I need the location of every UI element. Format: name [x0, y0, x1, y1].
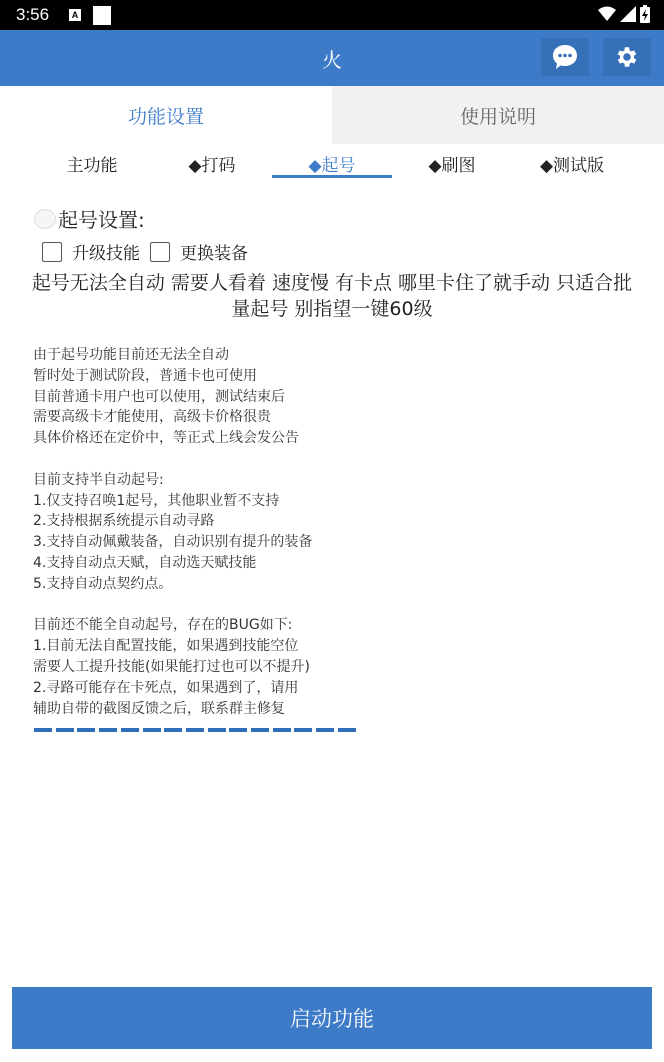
subtab-captcha[interactable]: ◆打码: [152, 146, 272, 180]
subtab-main[interactable]: 主功能: [32, 146, 152, 180]
note-line: [33, 449, 433, 470]
status-time: 3:56: [16, 5, 49, 25]
note-line: 需要人工提升技能(如果能打过也可以不提升): [33, 657, 433, 678]
warning-text: 起号无法全自动 需要人看着 速度慢 有卡点 哪里卡住了就手动 只适合批量起号 别…: [30, 270, 634, 322]
options-row: 升级技能 更换装备: [42, 239, 258, 264]
chat-bubble-icon: [551, 43, 579, 71]
section-header: 起号设置:: [34, 204, 145, 233]
app-bar: 火: [0, 30, 664, 86]
status-bar: 3:56 A: [0, 0, 664, 30]
tab-function-settings[interactable]: 功能设置: [0, 86, 332, 144]
note-line: 2.寻路可能存在卡死点，如果遇到了，请用: [33, 678, 433, 699]
note-line: 1.目前无法自配置技能，如果遇到技能空位: [33, 636, 433, 657]
gear-icon: [614, 44, 640, 70]
tab-instructions[interactable]: 使用说明: [332, 86, 664, 144]
sub-tabs: 主功能 ◆打码 ◆起号 ◆刷图 ◆测试版: [32, 146, 640, 180]
upgrade-skill-label[interactable]: 升级技能: [72, 239, 140, 264]
note-line: 具体价格还在定价中，等正式上线会发公告: [33, 428, 433, 449]
subtab-leveling[interactable]: ◆起号: [272, 146, 392, 180]
note-line: 目前还不能全自动起号，存在的BUG如下:: [33, 615, 433, 636]
change-equipment-label[interactable]: 更换装备: [180, 239, 248, 264]
notification-square-icon: [93, 6, 111, 25]
change-equipment-checkbox[interactable]: [150, 242, 170, 262]
notification-icon: A: [69, 9, 81, 21]
note-line: 3.支持自动佩戴装备，自动识别有提升的装备: [33, 532, 433, 553]
note-line: 4.支持自动点天赋，自动选天赋技能: [33, 553, 433, 574]
start-function-button[interactable]: 启动功能: [12, 987, 652, 1049]
subtab-dungeon[interactable]: ◆刷图: [392, 146, 512, 180]
note-line: 由于起号功能目前还无法全自动: [33, 345, 433, 366]
note-line: [33, 595, 433, 616]
top-tabs: 功能设置 使用说明: [0, 86, 664, 144]
note-line: 需要高级卡才能使用，高级卡价格很贵: [33, 407, 433, 428]
status-icons: [598, 5, 650, 23]
note-line: 1.仅支持召唤1起号，其他职业暂不支持: [33, 491, 433, 512]
speech-bubble-icon: [34, 209, 56, 229]
dashed-divider: [34, 728, 356, 732]
battery-icon: [640, 5, 650, 23]
subtab-beta[interactable]: ◆测试版: [512, 146, 632, 180]
section-title: 起号设置:: [58, 204, 145, 233]
notes-block: 由于起号功能目前还无法全自动 暂时处于测试阶段，普通卡也可使用 目前普通卡用户也…: [33, 345, 433, 719]
note-line: 目前支持半自动起号:: [33, 470, 433, 491]
note-line: 2.支持根据系统提示自动寻路: [33, 511, 433, 532]
note-line: 目前普通卡用户也可以使用，测试结束后: [33, 387, 433, 408]
note-line: 辅助自带的截图反馈之后，联系群主修复: [33, 699, 433, 720]
chat-button[interactable]: [541, 38, 589, 76]
upgrade-skill-checkbox[interactable]: [42, 242, 62, 262]
wifi-icon: [598, 6, 616, 22]
settings-button[interactable]: [603, 38, 651, 76]
note-line: 5.支持自动点契约点。: [33, 574, 433, 595]
note-line: 暂时处于测试阶段，普通卡也可使用: [33, 366, 433, 387]
signal-icon: [620, 6, 636, 22]
